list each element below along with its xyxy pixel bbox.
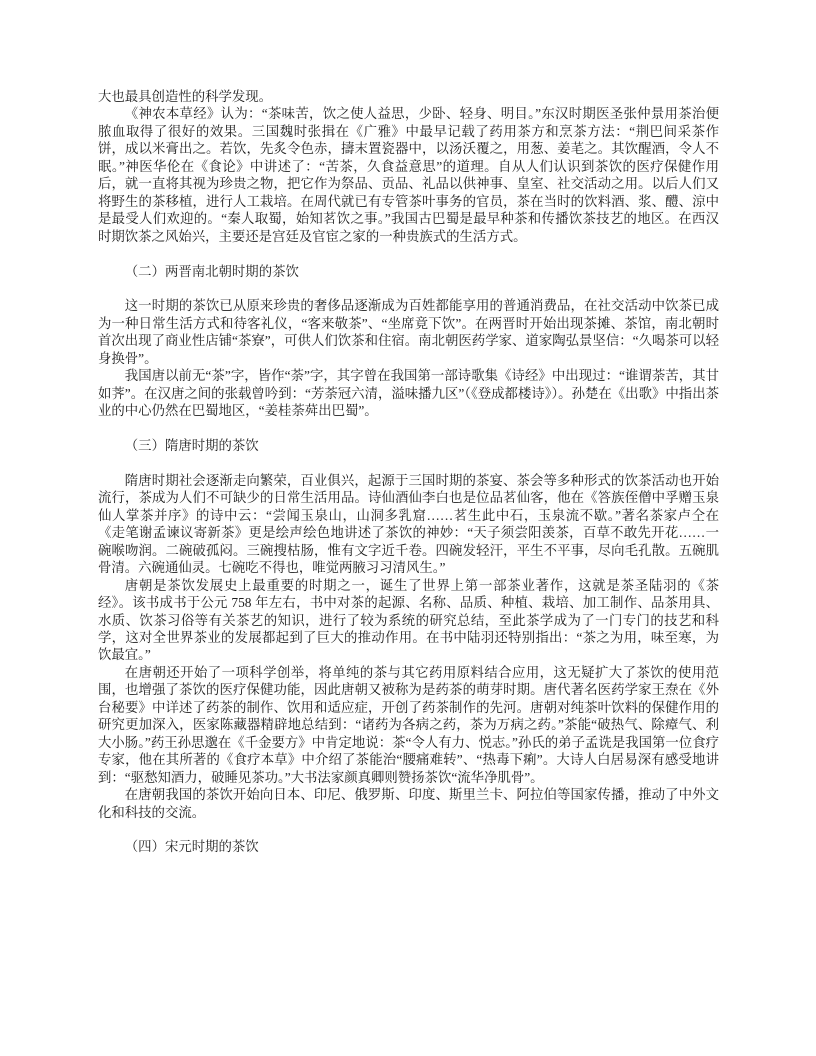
section-heading-2-jin-nanbeichao: （二）两晋南北朝时期的茶饮 <box>98 263 719 280</box>
paragraph-tang-medicinal-tea: 在唐朝还开始了一项科学创举，将单纯的茶与其它药用原料结合应用，这无疑扩大了茶饮的… <box>98 664 719 786</box>
paragraph-jin-tu-character: 我国唐以前无“茶”字，皆作“荼”字，其字曾在我国第一部诗歌集《诗经》中出现过：“… <box>98 367 719 419</box>
document-page: 大也最具创造性的科学发现。 《神农本草经》认为：“茶味苦，饮之使人益思，少卧、轻… <box>0 0 816 1056</box>
section-heading-3-sui-tang: （三）隋唐时期的茶饮 <box>98 437 719 454</box>
paragraph-tang-libai-lutong: 隋唐时期社会逐渐走向繁荣，百业俱兴，起源于三国时期的茶宴、茶会等多种形式的饮茶活… <box>98 472 719 577</box>
paragraph-shennong-bencao: 《神农本草经》认为：“茶味苦，饮之使人益思，少卧、轻身、明目。”东汉时期医圣张仲… <box>98 105 719 245</box>
paragraph-tang-luyu-chajing: 唐朝是茶饮发展史上最重要的时期之一，诞生了世界上第一部茶业著作，这就是茶圣陆羽的… <box>98 577 719 664</box>
paragraph-tang-spread-abroad: 在唐朝我国的茶饮开始向日本、印尼、俄罗斯、印度、斯里兰卡、阿拉伯等国家传播，推动… <box>98 786 719 821</box>
section-heading-4-song-yuan: （四）宋元时期的茶饮 <box>98 838 719 855</box>
document-text-block: 大也最具创造性的科学发现。 《神农本草经》认为：“茶味苦，饮之使人益思，少卧、轻… <box>98 88 719 873</box>
paragraph-continuation: 大也最具创造性的科学发现。 <box>98 88 719 105</box>
paragraph-jin-tea-popular: 这一时期的茶饮已从原来珍贵的奢侈品逐渐成为百姓都能享用的普通消费品，在社交活动中… <box>98 297 719 367</box>
